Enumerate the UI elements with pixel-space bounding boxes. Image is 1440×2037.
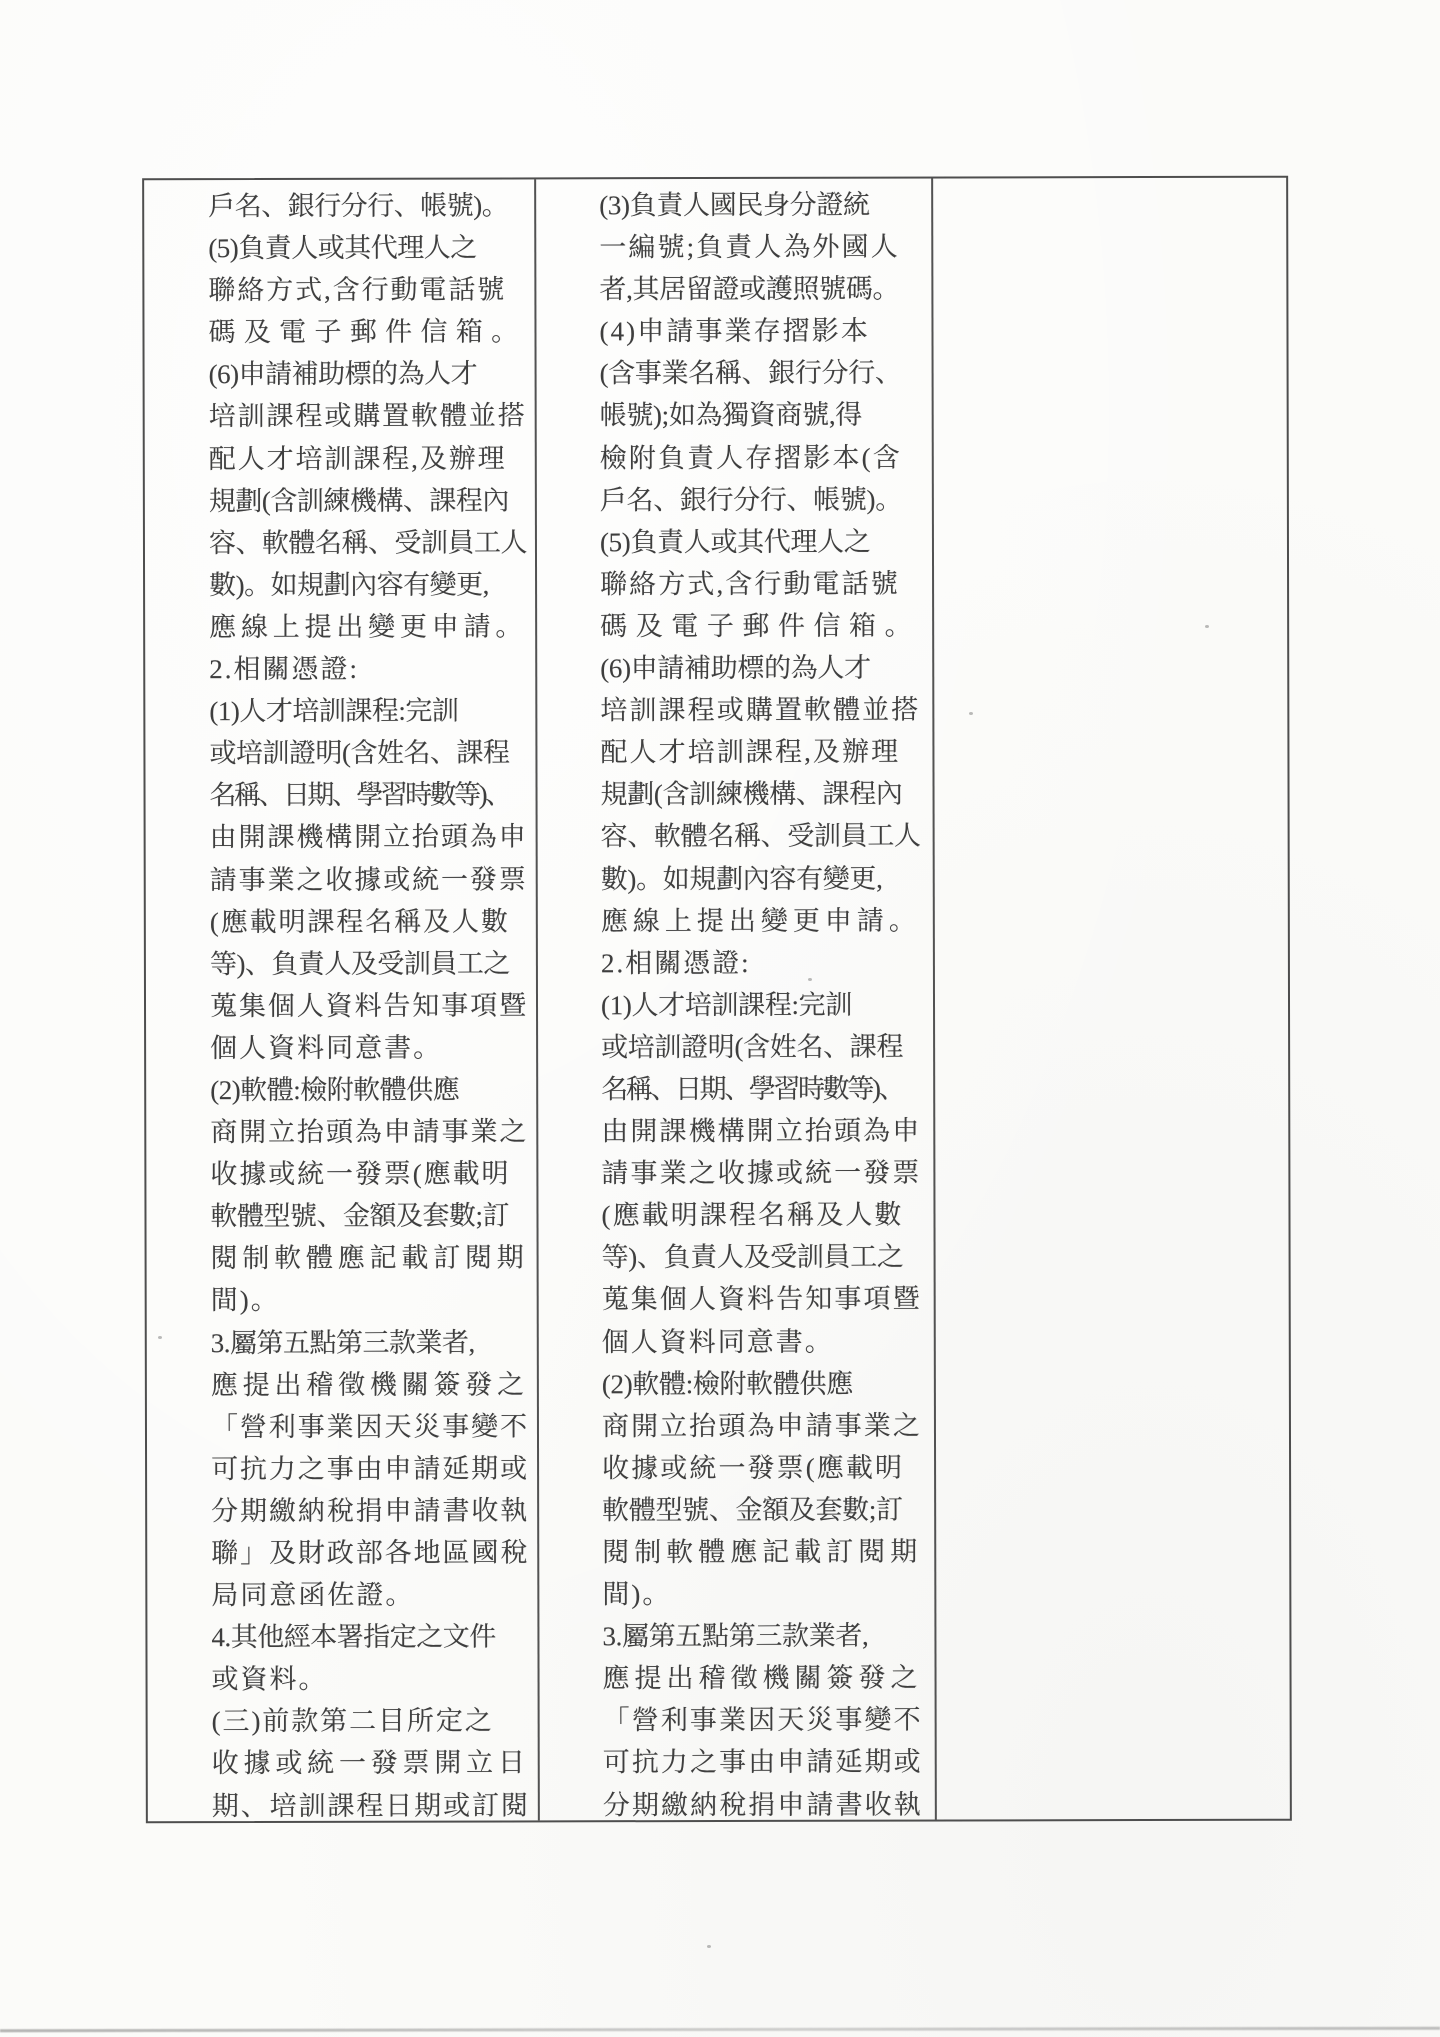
text-line: 聯絡方式,含行動電話號 [208, 269, 526, 312]
text-line: 容、軟體名稱、受訓員工人 [209, 521, 527, 564]
scanner-edge-artifact [0, 2027, 1440, 2033]
text-line: 培訓課程或購置軟體並搭 [600, 689, 920, 732]
text-line: 配人才培訓課程,及辦理 [209, 437, 527, 480]
text-line: (1)人才培訓課程:完訓 [209, 690, 527, 733]
text-line: (2)軟體:檢附軟體供應 [602, 1362, 922, 1405]
text-line: (6)申請補助標的為人才 [600, 647, 920, 690]
text-line: 局同意函佐證。 [211, 1574, 529, 1617]
text-line: 分期繳納稅捐申請書收執 [603, 1783, 923, 1826]
text-line: 或培訓證明(含姓名、課程 [601, 1025, 921, 1068]
text-line: (1)人才培訓課程:完訓 [601, 983, 921, 1026]
text-line: 商開立抬頭為申請事業之 [602, 1404, 922, 1447]
text-line: (含事業名稱、銀行分行、 [600, 352, 920, 395]
scan-speck [1205, 625, 1209, 628]
text-line: 聯絡方式,含行動電話號 [600, 562, 920, 605]
text-line: 軟體型號、金額及套數;訂 [602, 1488, 922, 1531]
text-line: 請事業之收據或統一發票 [210, 858, 528, 901]
text-line: 名稱、日期、學習時數等)、 [209, 774, 527, 817]
text-line: 4.其他經本署指定之文件 [211, 1616, 529, 1659]
text-line: 戶名、銀行分行、帳號)。 [208, 184, 526, 227]
text-line: 碼及電子郵件信箱。 [600, 604, 920, 647]
text-line: 應線上提出變更申請。 [601, 899, 921, 942]
text-line: 2.相關憑證: [601, 941, 921, 984]
text-line: 由開課機構開立抬頭為申 [210, 816, 528, 859]
text-line: 規劃(含訓練機構、課程內 [600, 773, 920, 816]
text-line: 3.屬第五點第三款業者, [602, 1615, 922, 1658]
text-line: 「營利事業因天災事變不 [603, 1699, 923, 1742]
text-line: (5)負責人或其代理人之 [208, 227, 526, 270]
text-line: 一編號;負責人為外國人 [599, 226, 919, 269]
text-line: (三)前款第二目所定之 [212, 1700, 530, 1743]
text-line: 或資料。 [211, 1658, 529, 1701]
text-line: 帳號);如為獨資商號,得 [600, 394, 920, 437]
text-line: 軟體型號、金額及套數;訂 [210, 1195, 528, 1238]
text-line: 數)。如規劃內容有變更, [601, 857, 921, 900]
text-line: 檢附負責人存摺影本(含 [600, 436, 920, 479]
text-line: 閱制軟體應記載訂閱期 [211, 1237, 529, 1280]
text-line: 可抗力之事由申請延期或 [211, 1447, 529, 1490]
text-line: 規劃(含訓練機構、課程內 [209, 479, 527, 522]
text-line: 聯」及財政部各地區國稅 [211, 1531, 529, 1574]
text-line: 「營利事業因天災事變不 [211, 1405, 529, 1448]
text-line: 由開課機構開立抬頭為申 [601, 1110, 921, 1153]
text-line: 閱制軟體應記載訂閱期 [602, 1531, 922, 1574]
text-line: 間)。 [211, 1279, 529, 1322]
document-table: 戶名、銀行分行、帳號)。(5)負責人或其代理人之聯絡方式,含行動電話號碼及電子郵… [142, 176, 1292, 1824]
scan-speck [158, 1336, 162, 1339]
text-line: 名稱、日期、學習時數等)、 [601, 1068, 921, 1111]
text-line: 應線上提出變更申請。 [209, 605, 527, 648]
text-line: 碼及電子郵件信箱。 [208, 311, 526, 354]
text-line: 蒐集個人資料告知事項暨 [602, 1278, 922, 1321]
text-line: 間)。 [602, 1573, 922, 1616]
text-line: (5)負責人或其代理人之 [600, 520, 920, 563]
text-line: 配人才培訓課程,及辦理 [600, 731, 920, 774]
text-line: 培訓課程或購置軟體並搭 [209, 395, 527, 438]
scan-speck [969, 712, 973, 715]
text-line: 期、培訓課程日期或訂閱 [212, 1784, 530, 1827]
text-line: 戶名、銀行分行、帳號)。 [600, 478, 920, 521]
text-line: 或培訓證明(含姓名、課程 [209, 732, 527, 775]
text-line: (3)負責人國民身分證統 [599, 184, 919, 227]
text-line: 應提出稽徵機關簽發之 [211, 1363, 529, 1406]
text-line: (6)申請補助標的為人才 [209, 353, 527, 396]
table-column-1-text: 戶名、銀行分行、帳號)。(5)負責人或其代理人之聯絡方式,含行動電話號碼及電子郵… [208, 184, 530, 1826]
text-line: 個人資料同意書。 [210, 1026, 528, 1069]
text-line: 數)。如規劃內容有變更, [209, 563, 527, 606]
text-line: 可抗力之事由申請延期或 [603, 1741, 923, 1784]
text-line: (4)申請事業存摺影本 [599, 310, 919, 353]
text-line: 等)、負責人及受訓員工之 [602, 1236, 922, 1279]
text-line: 3.屬第五點第三款業者, [211, 1321, 529, 1364]
scan-speck [808, 978, 812, 981]
text-line: 分期繳納稅捐申請書收執 [211, 1489, 529, 1532]
text-line: 收據或統一發票開立日 [212, 1742, 530, 1785]
text-line: 商開立抬頭為申請事業之 [210, 1110, 528, 1153]
text-line: 收據或統一發票(應載明 [602, 1446, 922, 1489]
table-column-2-text: (3)負責人國民身分證統一編號;負責人為外國人者,其居留證或護照號碼。(4)申請… [599, 184, 923, 1826]
column-divider-2 [931, 179, 937, 1820]
text-line: 請事業之收據或統一發票 [601, 1152, 921, 1195]
text-line: 等)、負責人及受訓員工之 [210, 942, 528, 985]
text-line: 2.相關憑證: [209, 647, 527, 690]
text-line: (應載明課程名稱及人數 [210, 900, 528, 943]
scanned-document-page: 戶名、銀行分行、帳號)。(5)負責人或其代理人之聯絡方式,含行動電話號碼及電子郵… [0, 0, 1440, 2037]
text-line: 蒐集個人資料告知事項暨 [210, 984, 528, 1027]
table-column-3-empty [996, 183, 1266, 184]
text-line: 個人資料同意書。 [602, 1320, 922, 1363]
text-line: 收據或統一發票(應載明 [210, 1153, 528, 1196]
text-line: (應載明課程名稱及人數 [601, 1194, 921, 1237]
text-line: (2)軟體:檢附軟體供應 [210, 1068, 528, 1111]
scan-speck [707, 1945, 711, 1948]
column-divider-1 [534, 179, 540, 1820]
text-line: 應提出稽徵機關簽發之 [602, 1657, 922, 1700]
text-line: 容、軟體名稱、受訓員工人 [601, 815, 921, 858]
text-line: 者,其居留證或護照號碼。 [599, 268, 919, 311]
